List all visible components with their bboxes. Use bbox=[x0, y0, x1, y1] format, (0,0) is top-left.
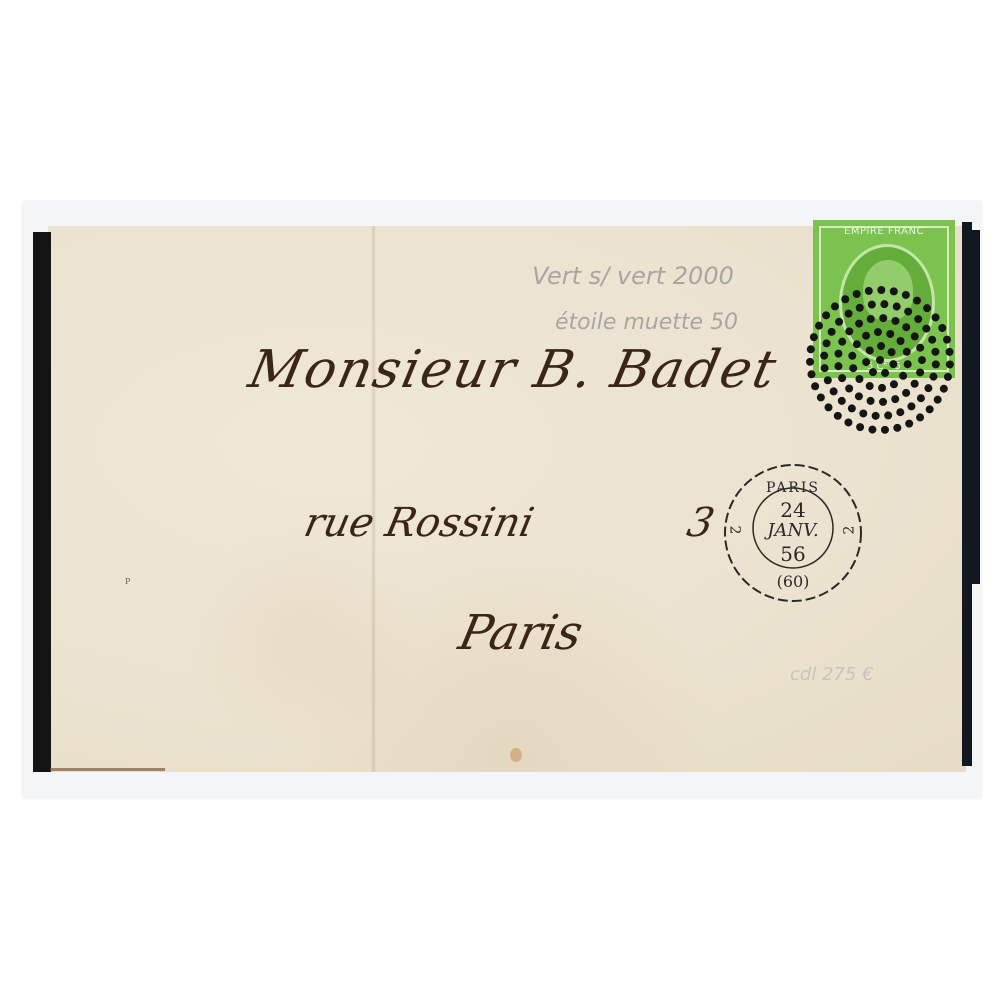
pencil-note-price: Vert s/ vert 2000 bbox=[532, 262, 734, 290]
address-line-3: Paris bbox=[454, 605, 588, 661]
postage-stamp: EMPIRE FRANC 5 Cᵉˢ 5 bbox=[813, 220, 955, 378]
postmark-side-left: 2 bbox=[726, 526, 742, 535]
circular-date-postmark: PARIS 24 JANV. 56 (60) 2 2 bbox=[722, 462, 864, 604]
foxing-spot bbox=[510, 748, 522, 762]
edge-stain bbox=[50, 768, 165, 771]
pencil-note-cancel: étoile muette 50 bbox=[555, 310, 738, 335]
fold-line bbox=[371, 226, 376, 772]
address-line-2: rue Rossini bbox=[300, 500, 538, 546]
postmark-city: PARIS bbox=[722, 480, 864, 496]
pencil-note-catalog: cdl 275 € bbox=[790, 664, 874, 685]
emperor-portrait-icon bbox=[863, 260, 913, 320]
mourning-border-left bbox=[33, 232, 51, 772]
tiny-mark: P bbox=[125, 577, 130, 586]
address-line-1: Monsieur B. Badet bbox=[244, 340, 783, 400]
mourning-border-right-flap bbox=[966, 230, 980, 584]
stamp-top-text: EMPIRE FRANC bbox=[813, 226, 955, 237]
postmark-year: 56 bbox=[722, 542, 864, 566]
postmark-department: (60) bbox=[722, 572, 864, 591]
postmark-side-right: 2 bbox=[842, 526, 858, 535]
postmark-day: 24 bbox=[722, 498, 864, 522]
stamp-bottom-text: 5 Cᵉˢ 5 bbox=[813, 361, 955, 372]
